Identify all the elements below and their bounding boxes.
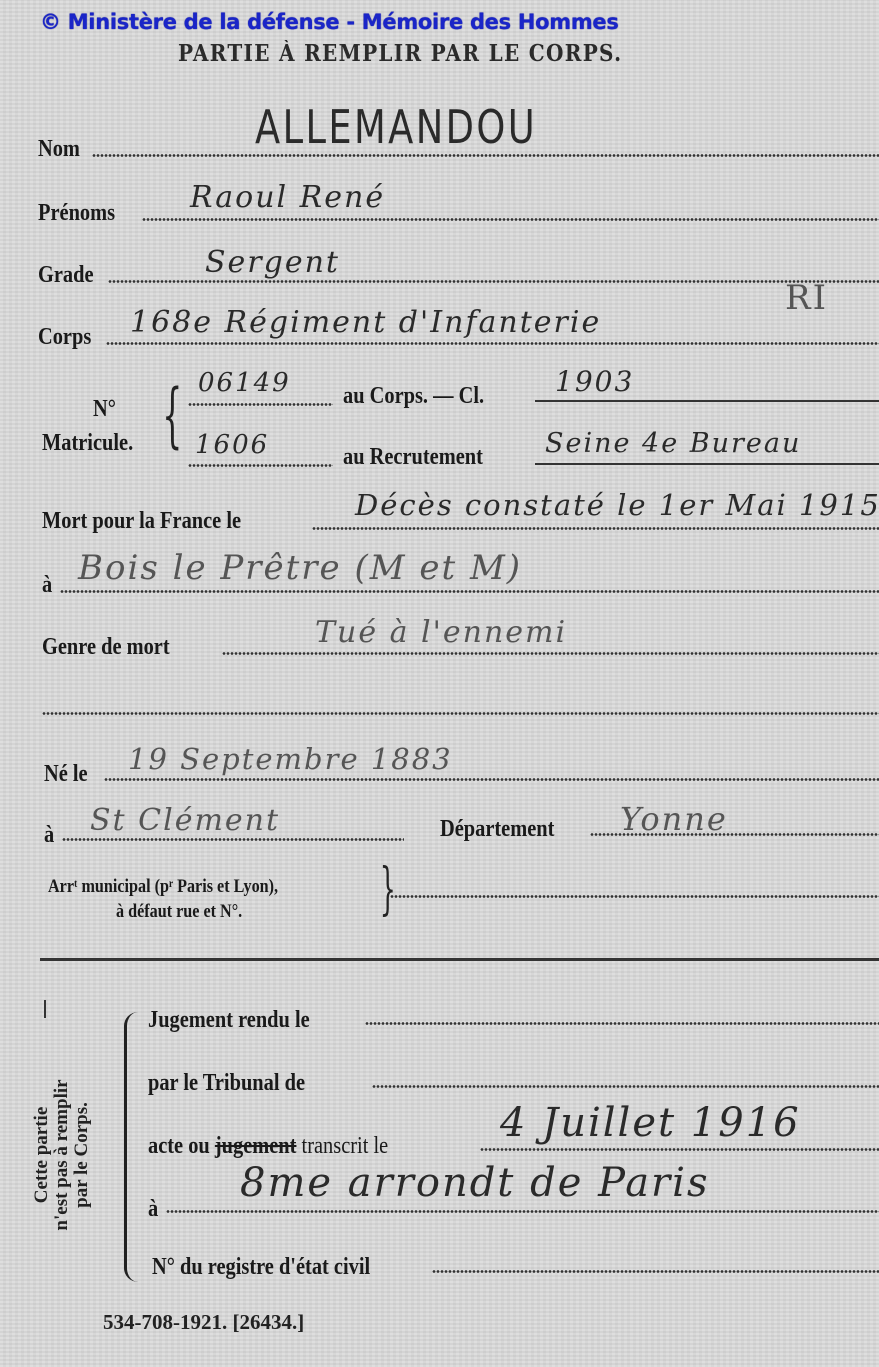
label-registre: N° du registre d'état civil bbox=[152, 1254, 370, 1281]
label-ne-le: Né le bbox=[44, 761, 88, 788]
value-matricule-recrutement: 1606 bbox=[195, 430, 269, 460]
label-mort-pour-la-france: Mort pour la France le bbox=[42, 508, 241, 535]
label-transcrit-lieu: à bbox=[148, 1196, 158, 1223]
form-reference-number: 534-708-1921. [26434.] bbox=[103, 1310, 304, 1335]
label-genre-de-mort: Genre de mort bbox=[42, 634, 170, 661]
line-lieu-naissance bbox=[62, 838, 404, 841]
label-matricule-n: N° bbox=[93, 396, 116, 423]
line-matricule-corps bbox=[188, 403, 333, 406]
line-recrutement bbox=[535, 463, 879, 465]
label-tribunal: par le Tribunal de bbox=[148, 1070, 305, 1097]
label-acte-ou: acte ou bbox=[148, 1133, 210, 1159]
section-divider bbox=[40, 958, 879, 961]
label-matricule: Matricule. bbox=[42, 430, 133, 457]
line-matricule-recrutement bbox=[188, 464, 333, 467]
value-genre-mort: Tué à l'ennemi bbox=[315, 615, 567, 650]
label-nom: Nom bbox=[38, 136, 80, 163]
line-transcrit-lieu bbox=[166, 1210, 879, 1213]
line-corps bbox=[106, 342, 879, 345]
label-lieu-mort: à bbox=[42, 572, 52, 599]
label-departement: Département bbox=[440, 816, 554, 843]
line-transcrit bbox=[480, 1148, 879, 1151]
value-nom: ALLEMANDOU bbox=[255, 100, 537, 154]
arrondissement-brace: } bbox=[380, 862, 396, 918]
side-note-line1: Cette partie bbox=[32, 1055, 52, 1255]
line-lieu-mort bbox=[60, 590, 879, 593]
value-grade: Sergent bbox=[205, 245, 340, 280]
value-classe: 1903 bbox=[555, 365, 634, 398]
value-prenoms: Raoul René bbox=[190, 180, 385, 215]
value-mort: Décès constaté le 1er Mai 1915 bbox=[355, 488, 879, 522]
matricule-brace: { bbox=[162, 380, 182, 450]
value-transcrit: 4 Juillet 1916 bbox=[500, 1100, 801, 1146]
margin-mark bbox=[44, 1000, 46, 1018]
label-au-corps-classe: au Corps. — Cl. bbox=[343, 383, 484, 410]
value-corps: 168e Régiment d'Infanterie bbox=[130, 305, 601, 340]
line-genre-mort bbox=[222, 652, 879, 655]
copyright-watermark: © Ministère de la défense - Mémoire des … bbox=[40, 10, 619, 34]
line-mort bbox=[312, 527, 879, 530]
corps-annotation: RI bbox=[785, 278, 828, 318]
line-prenoms bbox=[142, 218, 879, 221]
line-grade bbox=[108, 280, 879, 283]
lower-section-brace bbox=[124, 1012, 141, 1282]
line-classe bbox=[535, 400, 879, 402]
value-lieu-naissance: St Clément bbox=[90, 803, 280, 838]
label-corps: Corps bbox=[38, 324, 91, 351]
form-header: PARTIE À REMPLIR PAR LE CORPS. bbox=[0, 40, 800, 67]
line-jugement bbox=[365, 1022, 879, 1025]
label-lieu-naissance: à bbox=[44, 822, 54, 849]
label-jugement-struck: jugement bbox=[215, 1133, 297, 1159]
value-transcrit-lieu: 8me arrondt de Paris bbox=[240, 1160, 710, 1206]
line-registre bbox=[432, 1270, 879, 1273]
label-arrondissement-line2: à défaut rue et N°. bbox=[116, 901, 242, 923]
label-au-recrutement: au Recrutement bbox=[343, 444, 483, 471]
line-tribunal bbox=[372, 1085, 879, 1088]
side-note-line3: par le Corps. bbox=[72, 1055, 92, 1255]
label-grade: Grade bbox=[38, 262, 94, 289]
value-ne-le: 19 Septembre 1883 bbox=[128, 742, 453, 776]
value-matricule-corps: 06149 bbox=[198, 368, 291, 398]
label-arrondissement-line1: Arrᵗ municipal (pʳ Paris et Lyon), bbox=[48, 876, 278, 898]
value-recrutement: Seine 4e Bureau bbox=[545, 428, 801, 459]
label-transcrit-le: transcrit le bbox=[302, 1133, 389, 1159]
value-departement: Yonne bbox=[620, 800, 728, 838]
label-jugement: Jugement rendu le bbox=[148, 1007, 310, 1034]
label-transcrit: acte ou jugement transcrit le bbox=[148, 1133, 388, 1160]
line-nom bbox=[92, 154, 879, 157]
side-note-line2: n'est pas à remplir bbox=[52, 1055, 72, 1255]
line-blank bbox=[42, 712, 879, 715]
label-prenoms: Prénoms bbox=[38, 200, 115, 227]
value-lieu-mort: Bois le Prêtre (M et M) bbox=[78, 548, 522, 588]
line-arrondissement bbox=[390, 895, 879, 898]
line-ne-le bbox=[104, 778, 879, 781]
